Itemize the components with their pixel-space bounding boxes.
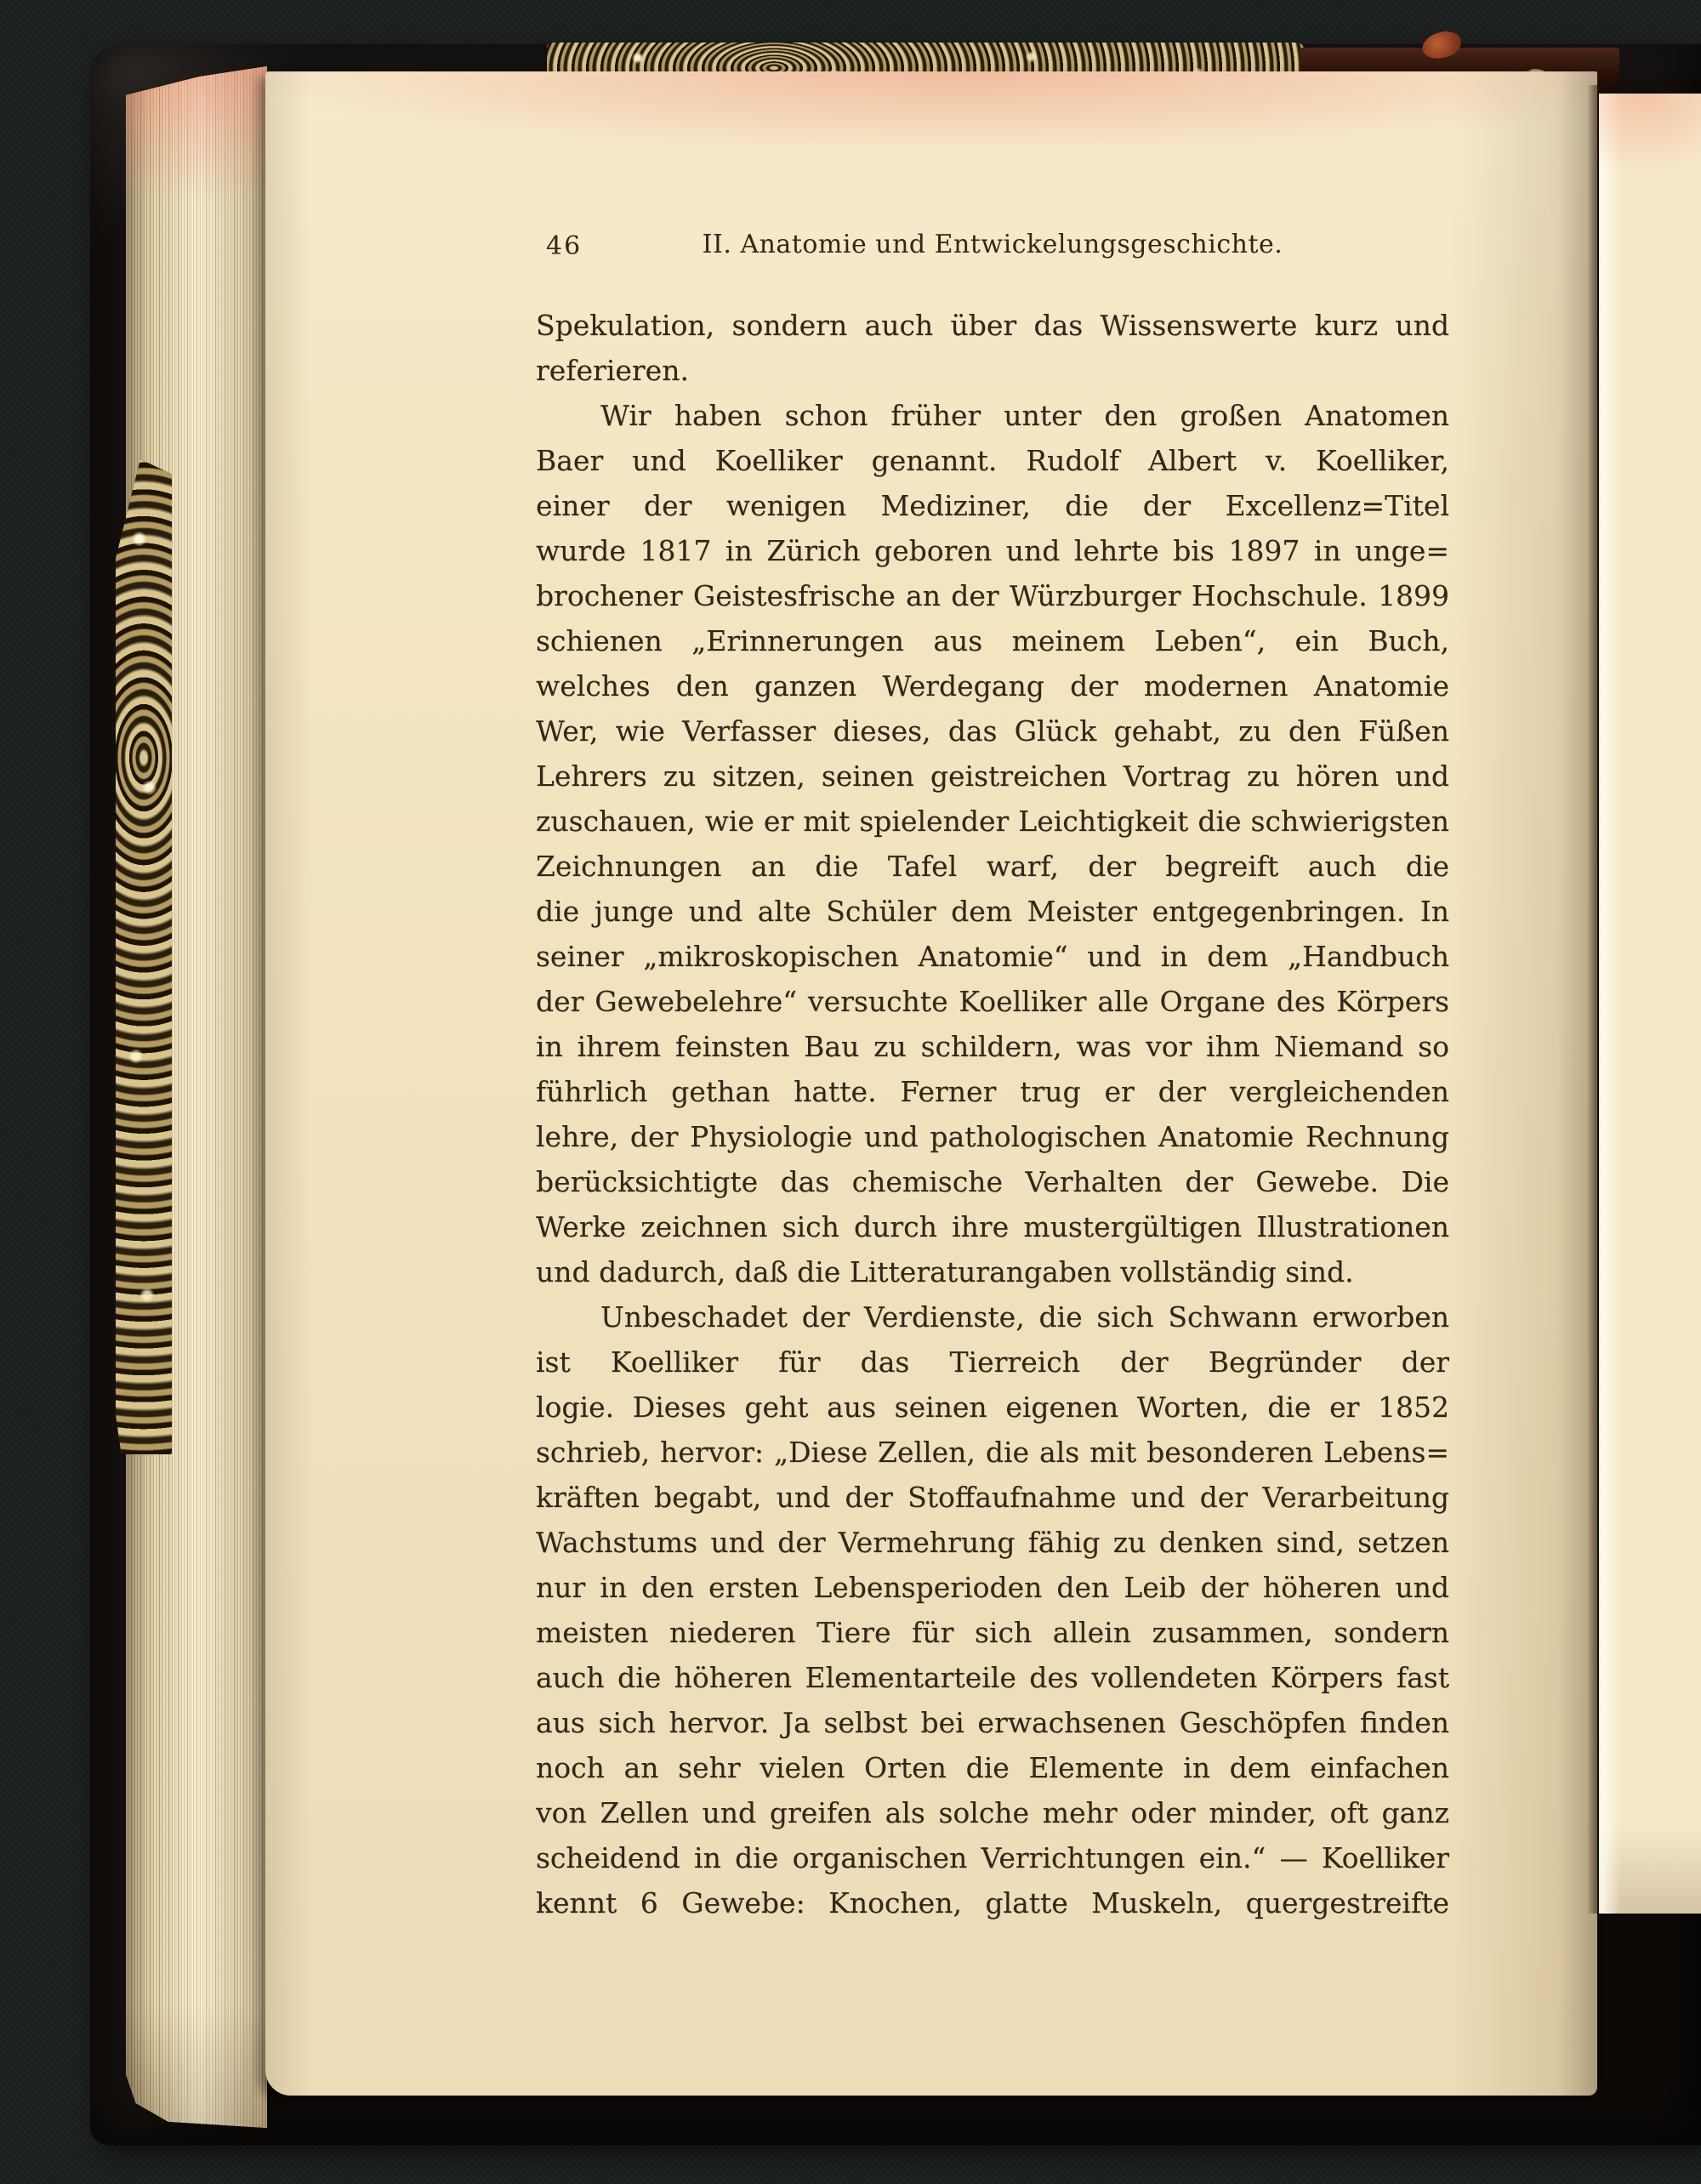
text-line: kräften begabt, und der Stoffaufnahme un… xyxy=(536,1475,1449,1520)
text-line: auch die höheren Elementarteile des voll… xyxy=(536,1655,1449,1700)
text-line: nur in den ersten Lebensperioden den Lei… xyxy=(536,1565,1449,1610)
text-line: meisten niederen Tiere für sich allein z… xyxy=(536,1610,1449,1655)
text-line: seiner „mikroskopischen Anatomie“ und in… xyxy=(536,934,1449,979)
text-line: lehre, der Physiologie und pathologische… xyxy=(536,1114,1449,1159)
text-line: schienen „Erinnerungen aus meinem Leben“… xyxy=(536,618,1449,663)
text-line: berücksichtigte das chemische Verhalten … xyxy=(536,1159,1449,1204)
text-line: ist Koelliker für das Tierreich der Begr… xyxy=(536,1339,1449,1385)
paragraph: Spekulation, sondern auch über das Wisse… xyxy=(536,303,1449,393)
text-line: wurde 1817 in Zürich geboren und lehrte … xyxy=(536,528,1449,573)
text-line: brochener Geistesfrische an der Würzburg… xyxy=(536,573,1449,618)
text-block: Spekulation, sondern auch über das Wisse… xyxy=(536,303,1449,1925)
text-line: scheidend in die organischen Verrichtung… xyxy=(536,1835,1449,1880)
page-header: 46 II. Anatomie und Entwickelungsgeschic… xyxy=(536,230,1449,267)
running-header: II. Anatomie und Entwickelungsgeschichte… xyxy=(536,230,1449,259)
text-line: kennt 6 Gewebe: Knochen, glatte Muskeln,… xyxy=(536,1880,1449,1925)
text-line: aus sich hervor. Ja selbst bei erwachsen… xyxy=(536,1700,1449,1745)
text-line: Zeichnungen an die Tafel warf, der begre… xyxy=(536,844,1449,889)
text-line: Spekulation, sondern auch über das Wisse… xyxy=(536,303,1449,348)
text-line: einer der wenigen Mediziner, die der Exc… xyxy=(536,483,1449,528)
text-line: Wachstums und der Vermehrung fähig zu de… xyxy=(536,1520,1449,1565)
text-line: die junge und alte Schüler dem Meister e… xyxy=(536,889,1449,934)
text-line: Lehrers zu sitzen, seinen geistreichen V… xyxy=(536,754,1449,799)
text-line: Wir haben schon früher unter den großen … xyxy=(536,393,1449,438)
facing-page-sliver xyxy=(1599,94,1701,1914)
text-line: logie. Dieses geht aus seinen eigenen Wo… xyxy=(536,1385,1449,1430)
text-line: referieren. xyxy=(536,348,1449,393)
paragraph: Unbeschadet der Verdienste, die sich Sch… xyxy=(536,1294,1449,1925)
text-line: Werke zeichnen sich durch ihre mustergül… xyxy=(536,1204,1449,1249)
text-line: welches den ganzen Werdegang der moderne… xyxy=(536,663,1449,708)
text-line: führlich gethan hatte. Ferner trug er de… xyxy=(536,1069,1449,1114)
text-line: und dadurch, daß die Litteraturangaben v… xyxy=(536,1249,1449,1294)
scan-background: 46 II. Anatomie und Entwickelungsgeschic… xyxy=(0,0,1701,2184)
text-line: schrieb, hervor: „Diese Zellen, die als … xyxy=(536,1430,1449,1475)
text-line: von Zellen und greifen als solche mehr o… xyxy=(536,1790,1449,1835)
text-line: in ihrem feinsten Bau zu schildern, was … xyxy=(536,1024,1449,1069)
text-line: der Gewebelehre“ versuchte Koelliker all… xyxy=(536,979,1449,1024)
text-line: noch an sehr vielen Orten die Elemente i… xyxy=(536,1745,1449,1790)
gilt-cover-edge-decoration xyxy=(116,459,172,1454)
text-line: Baer und Koelliker genannt. Rudolf Alber… xyxy=(536,438,1449,483)
text-line: Unbeschadet der Verdienste, die sich Sch… xyxy=(536,1294,1449,1339)
book-page: 46 II. Anatomie und Entwickelungsgeschic… xyxy=(265,71,1597,2096)
text-line: zuschauen, wie er mit spielender Leichti… xyxy=(536,799,1449,844)
text-line: Wer, wie Verfasser dieses, das Glück geh… xyxy=(536,708,1449,754)
paragraph: Wir haben schon früher unter den großen … xyxy=(536,393,1449,1294)
